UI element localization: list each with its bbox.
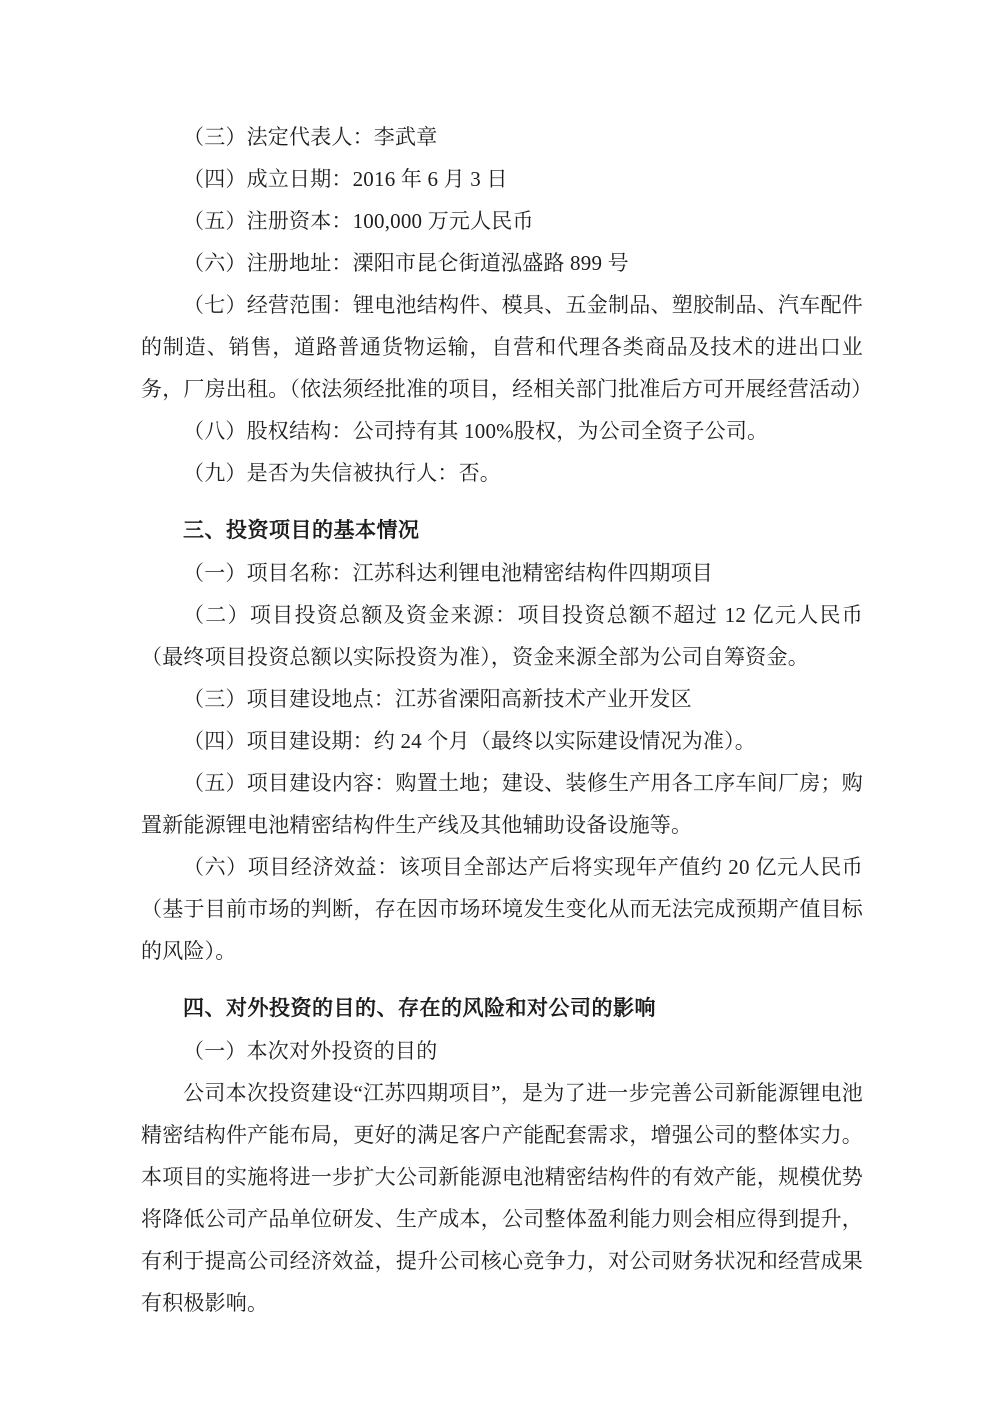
paragraph: （五）项目建设内容：购置土地；建设、装修生产用各工序车间厂房；购置新能源锂电池精… [141,762,863,846]
section-heading: 四、对外投资的目的、存在的风险和对公司的影响 [141,988,863,1030]
document-body: （三）法定代表人：李武章（四）成立日期：2016 年 6 月 3 日（五）注册资… [141,0,863,1324]
paragraph: （一）项目名称：江苏科达利锂电池精密结构件四期项目 [141,552,863,594]
paragraph: （二）项目投资总额及资金来源：项目投资总额不超过 12 亿元人民币（最终项目投资… [141,594,863,678]
paragraph: （五）注册资本：100,000 万元人民币 [141,200,863,242]
document-page: （三）法定代表人：李武章（四）成立日期：2016 年 6 月 3 日（五）注册资… [0,0,1000,1414]
paragraph: （八）股权结构：公司持有其 100%股权，为公司全资子公司。 [141,410,863,452]
paragraph: （四）成立日期：2016 年 6 月 3 日 [141,158,863,200]
paragraph: （七）经营范围：锂电池结构件、模具、五金制品、塑胶制品、汽车配件的制造、销售，道… [141,284,863,410]
paragraph: （九）是否为失信被执行人：否。 [141,452,863,494]
paragraph: （三）项目建设地点：江苏省溧阳高新技术产业开发区 [141,678,863,720]
paragraph: （三）法定代表人：李武章 [141,116,863,158]
paragraph: 公司本次投资建设“江苏四期项目”，是为了进一步完善公司新能源锂电池精密结构件产能… [141,1072,863,1324]
paragraph: （六）项目经济效益：该项目全部达产后将实现年产值约 20 亿元人民币（基于目前市… [141,846,863,972]
paragraph: （一）本次对外投资的目的 [141,1030,863,1072]
paragraph: （六）注册地址：溧阳市昆仑街道泓盛路 899 号 [141,242,863,284]
section-heading: 三、投资项目的基本情况 [141,510,863,552]
paragraph: （四）项目建设期：约 24 个月（最终以实际建设情况为准）。 [141,720,863,762]
